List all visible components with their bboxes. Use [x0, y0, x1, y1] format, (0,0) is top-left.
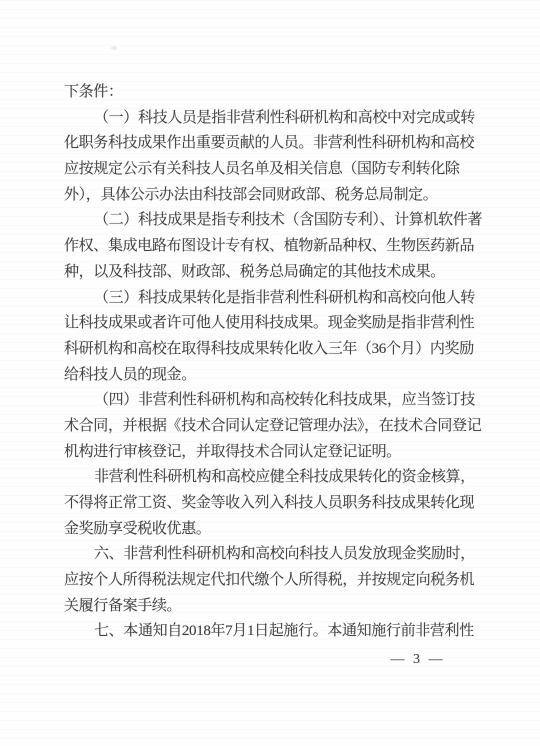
document-body: 下条件： （一）科技人员是指非营利性科研机构和高校中对完成或转 化职务科技成果作… — [64, 80, 476, 645]
text-line: 应按规定公示有关科技人员名单及相关信息（国防专利转化除 — [64, 157, 476, 183]
text-line: 外），具体公示办法由科技部会同财政部、税务总局制定。 — [64, 183, 476, 209]
text-line: 下条件： — [64, 80, 476, 106]
text-line: 化职务科技成果作出重要贡献的人员。非营利性科研机构和高校 — [64, 131, 476, 157]
text-line: 应按个人所得税法规定代扣代缴个人所得税，并按规定向税务机 — [64, 568, 476, 594]
text-line: 种，以及科技部、财政部、税务总局确定的其他技术成果。 — [64, 260, 476, 286]
text-line: 作权、集成电路布图设计专有权、植物新品种权、生物医药新品 — [64, 234, 476, 260]
text-line: 七、本通知自2018年7月1日起施行。本通知施行前非营利性 — [64, 619, 476, 645]
text-line: 术合同，并根据《技术合同认定登记管理办法》，在技术合同登记 — [64, 414, 476, 440]
page-number: — 3 — — [391, 650, 446, 670]
text-line: 金奖励享受税收优惠。 — [64, 517, 476, 543]
text-line: 六、非营利性科研机构和高校向科技人员发放现金奖励时， — [64, 542, 476, 568]
text-line: （一）科技人员是指非营利性科研机构和高校中对完成或转 — [64, 106, 476, 132]
text-line: 给科技人员的现金。 — [64, 363, 476, 389]
scanned-document-page: 下条件： （一）科技人员是指非营利性科研机构和高校中对完成或转 化职务科技成果作… — [0, 0, 540, 746]
text-line: 关履行备案手续。 — [64, 594, 476, 620]
text-line: （二）科技成果是指专利技术（含国防专利）、计算机软件著 — [64, 208, 476, 234]
text-line: 非营利性科研机构和高校应健全科技成果转化的资金核算， — [64, 465, 476, 491]
text-line: （四）非营利性科研机构和高校转化科技成果，应当签订技 — [64, 388, 476, 414]
text-line: 科研机构和高校在取得科技成果转化收入三年（36个月）内奖励 — [64, 337, 476, 363]
text-line: 机构进行审核登记，并取得技术合同认定登记证明。 — [64, 440, 476, 466]
text-line: 不得将正常工资、奖金等收入列入科技人员职务科技成果转化现 — [64, 491, 476, 517]
text-line: 让科技成果或者许可他人使用科技成果。现金奖励是指非营利性 — [64, 311, 476, 337]
text-line: （三）科技成果转化是指非营利性科研机构和高校向他人转 — [64, 286, 476, 312]
scan-smudge — [111, 46, 117, 50]
